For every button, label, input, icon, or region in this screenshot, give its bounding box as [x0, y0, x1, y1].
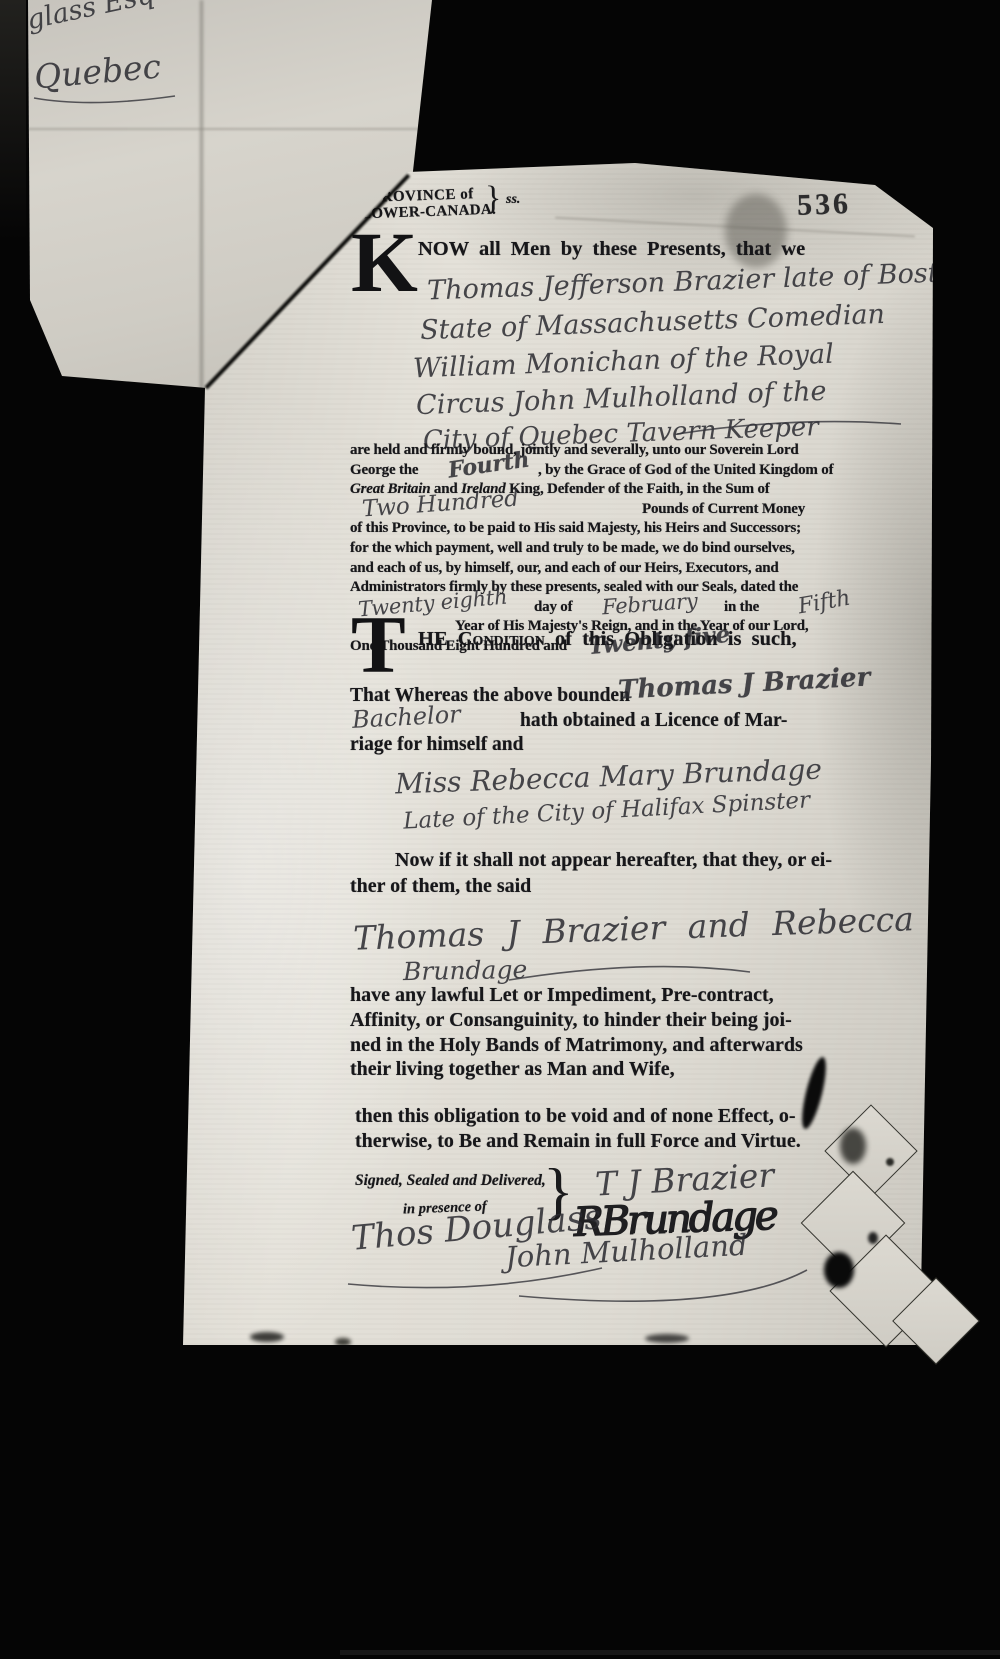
bond-amount-line: Two Hundred Pounds of Current Money [350, 500, 808, 520]
fold-crease-horizontal [0, 128, 460, 130]
bond-king-line: George the Fourth , by the Grace of God … [350, 461, 808, 481]
impediment-line: their living together as Man and Wife, [350, 1057, 803, 1082]
ink-blot [886, 1158, 894, 1166]
fold-crease-vertical [200, 0, 203, 390]
whereas-line3: riage for himself and [350, 733, 630, 758]
now-line2: ther of them, the said [350, 874, 832, 900]
void-block: then this obligation to be void and of n… [355, 1104, 801, 1155]
film-frame-line [340, 1650, 1000, 1655]
whereas-block: That Whereas the above bounden Thomas J … [350, 684, 630, 758]
king-suffix: , by the Grace of God of the United King… [538, 461, 833, 481]
ink-blot [868, 1232, 878, 1244]
ink-blot [840, 1128, 866, 1164]
amount-handwritten: Two Hundred [362, 489, 520, 519]
bond-line: and each of us, by himself, our, and eac… [350, 559, 808, 579]
realm-rest: King, Defender of the Faith, in the Sum … [509, 481, 770, 497]
void-line: then this obligation to be void and of n… [355, 1104, 801, 1129]
quebec-underline-flourish [30, 92, 180, 108]
surety-tail-flourish [515, 1268, 815, 1312]
now-line1: Now if it shall not appear hereafter, th… [350, 848, 832, 874]
king-prefix: George the [350, 462, 418, 478]
bond-line: for the which payment, well and truly to… [350, 539, 808, 559]
page-number: 536 [796, 187, 851, 223]
microfilm-scan-background: glass Esq Quebec PROVINCE of LOWER-CANAD… [0, 0, 1000, 1659]
bond-line: of this Province, to be paid to His said… [350, 519, 808, 539]
handwriting-tail-flourish [675, 412, 905, 442]
header-brace: } [485, 180, 501, 218]
edge-smudge [250, 1332, 284, 1342]
licence-rest: hath obtained a Licence of Mar- [520, 709, 787, 734]
impediment-line: have any lawful Let or Impediment, Pre-c… [350, 983, 803, 1008]
date-in-the: in the [724, 598, 759, 618]
condition-rest: of this Obligation is such, [555, 628, 797, 650]
ink-blot [824, 1252, 854, 1288]
fold-annotation-place: Quebec [33, 47, 163, 97]
amount-suffix: Pounds of Current Money [642, 500, 805, 520]
film-edge-smudge [0, 0, 26, 240]
condition-word: Condition [458, 628, 545, 650]
whereas-line2: Bachelor hath obtained a Licence of Mar- [350, 709, 630, 734]
impediment-line: ned in the Holy Bands of Matrimony, and … [350, 1033, 803, 1058]
ss-mark: ss. [506, 192, 520, 208]
condition-he: HE [418, 628, 448, 650]
attestation-line1: Signed, Sealed and Delivered, [355, 1172, 546, 1190]
impediment-line: Affinity, or Consanguinity, to hinder th… [350, 1008, 803, 1033]
edge-smudge [335, 1338, 351, 1346]
date-day-of: day of [534, 598, 572, 618]
condition-line: HE Condition of this Obligation is such, [418, 628, 797, 651]
document-page: PROVINCE of LOWER-CANADA. } ss. 536 K NO… [175, 160, 940, 1350]
bond-paragraph: are held and firmly bound, jointly and s… [350, 441, 808, 657]
opening-line: NOW all Men by these Presents, that we [418, 238, 805, 261]
edge-smudge [645, 1334, 689, 1343]
fold-annotation-name: glass Esq [24, 0, 157, 36]
date-line: Twenty eighth day of February in the Fif… [350, 598, 808, 618]
void-line: therwise, to Be and Remain in full Force… [355, 1129, 801, 1154]
dropcap-T: T [351, 612, 406, 678]
impediment-block: have any lawful Let or Impediment, Pre-c… [350, 983, 803, 1082]
dropcap-K: K [351, 228, 418, 297]
bond-line: are held and firmly bound, jointly and s… [350, 441, 808, 461]
date-month-handwritten: February [601, 591, 698, 617]
groom-status-handwritten: Bachelor [351, 702, 461, 732]
now-block: Now if it shall not appear hereafter, th… [350, 848, 832, 899]
